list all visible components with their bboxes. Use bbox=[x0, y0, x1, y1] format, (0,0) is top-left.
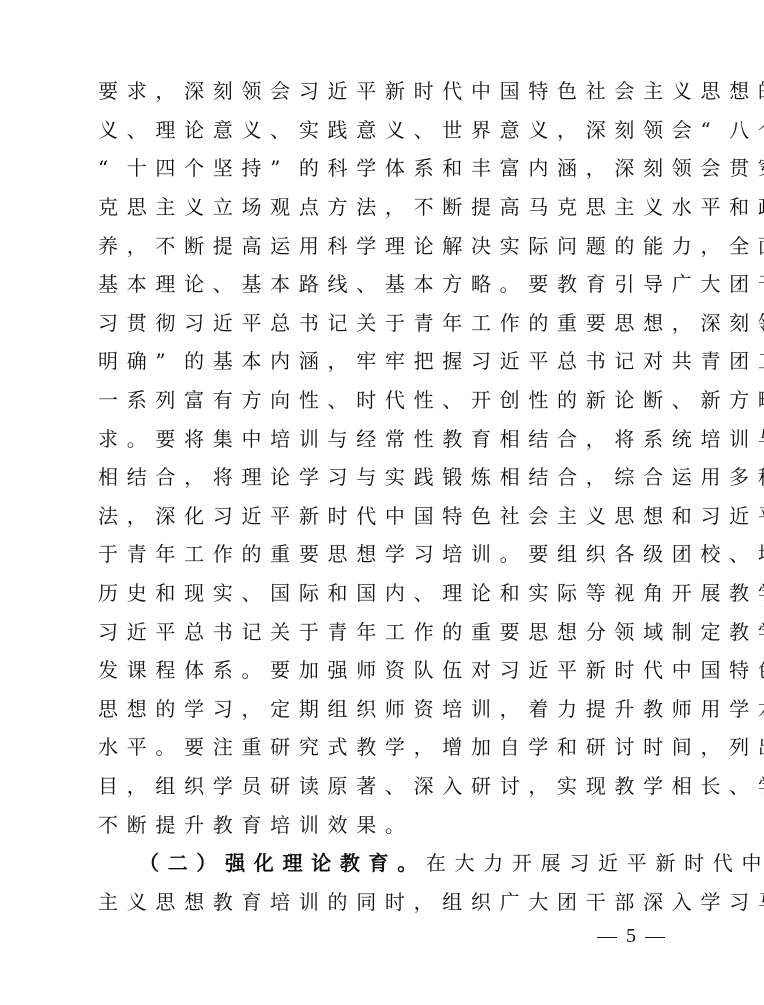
text-line: 一系列富有方向性、时代性、开创性的新论断、新方略、新要 bbox=[98, 381, 678, 420]
line-text: 养，不断提高运用科学理论解决实际问题的能力，全面贯彻党的 bbox=[98, 232, 764, 260]
page-number: — 5 — bbox=[597, 924, 667, 948]
section-heading-line: （二）强化理论教育。在大力开展习近平新时代中国特色社会 bbox=[98, 844, 678, 883]
line-text: “十四个坚持”的科学体系和丰富内涵，深刻领会贯穿其中的马 bbox=[98, 154, 764, 182]
text-line: 发课程体系。要加强师资队伍对习近平新时代中国特色社会主义 bbox=[98, 651, 678, 690]
text-line: 思想的学习，定期组织师资培训，着力提升教师用学术讲政治的 bbox=[98, 690, 678, 729]
text-line: 于青年工作的重要思想学习培训。要组织各级团校、培训基地从 bbox=[98, 535, 678, 574]
text-line: 基本理论、基本路线、基本方略。要教育引导广大团干部深入学 bbox=[98, 265, 678, 304]
line-text: 一系列富有方向性、时代性、开创性的新论断、新方略、新要 bbox=[98, 386, 764, 414]
section-heading: （二）强化理论教育。 bbox=[139, 849, 426, 877]
text-line: 法，深化习近平新时代中国特色社会主义思想和习近平总书记关 bbox=[98, 497, 678, 536]
line-text: 水平。要注重研究式教学，增加自学和研讨时间，列出自学书 bbox=[98, 733, 764, 761]
text-line: 养，不断提高运用科学理论解决实际问题的能力，全面贯彻党的 bbox=[98, 226, 678, 265]
text-line: 历史和现实、国际和国内、理论和实际等视角开展教学研究，对 bbox=[98, 574, 678, 613]
line-text: 法，深化习近平新时代中国特色社会主义思想和习近平总书记关 bbox=[98, 502, 764, 530]
line-text: 要求，深刻领会习近平新时代中国特色社会主义思想的时代意 bbox=[98, 77, 764, 105]
text-line: 习贯彻习近平总书记关于青年工作的重要思想，深刻领会“七个 bbox=[98, 304, 678, 343]
text-line: 目，组织学员研读原著、深入研讨，实现教学相长、学学相长， bbox=[98, 767, 678, 806]
line-text: 不断提升教育培训效果。 bbox=[98, 811, 414, 839]
text-line: 水平。要注重研究式教学，增加自学和研讨时间，列出自学书 bbox=[98, 728, 678, 767]
line-text: 习贯彻习近平总书记关于青年工作的重要思想，深刻领会“七个 bbox=[98, 309, 764, 337]
text-line: 相结合，将理论学习与实践锻炼相结合，综合运用多种方式方 bbox=[98, 458, 678, 497]
body-text: 要求，深刻领会习近平新时代中国特色社会主义思想的时代意义、理论意义、实践意义、世… bbox=[98, 72, 678, 921]
line-text: 历史和现实、国际和国内、理论和实际等视角开展教学研究，对 bbox=[98, 579, 764, 607]
line-text: 克思主义立场观点方法，不断提高马克思主义水平和政治理论素 bbox=[98, 193, 764, 221]
line-text: 明确”的基本内涵，牢牢把握习近平总书记对共青团工作提出的 bbox=[98, 347, 764, 375]
text-line: 习近平总书记关于青年工作的重要思想分领域制定教学大纲，开 bbox=[98, 612, 678, 651]
line-text: 思想的学习，定期组织师资培训，着力提升教师用学术讲政治的 bbox=[98, 695, 764, 723]
line-text: 习近平总书记关于青年工作的重要思想分领域制定教学大纲，开 bbox=[98, 618, 764, 646]
line-text: 发课程体系。要加强师资队伍对习近平新时代中国特色社会主义 bbox=[98, 656, 764, 684]
line-text: 基本理论、基本路线、基本方略。要教育引导广大团干部深入学 bbox=[98, 270, 764, 298]
text-line: 义、理论意义、实践意义、世界意义，深刻领会“八个明确”、 bbox=[98, 111, 678, 150]
line-text: 于青年工作的重要思想学习培训。要组织各级团校、培训基地从 bbox=[98, 540, 764, 568]
text-line: 不断提升教育培训效果。 bbox=[98, 805, 678, 844]
line-text: 相结合，将理论学习与实践锻炼相结合，综合运用多种方式方 bbox=[98, 463, 764, 491]
line-text: 义、理论意义、实践意义、世界意义，深刻领会“八个明确”、 bbox=[98, 116, 764, 144]
text-line: 主义思想教育培训的同时，组织广大团干部深入学习马克思列宁主 bbox=[98, 882, 678, 921]
text-line: 克思主义立场观点方法，不断提高马克思主义水平和政治理论素 bbox=[98, 188, 678, 227]
text-line: “十四个坚持”的科学体系和丰富内涵，深刻领会贯穿其中的马 bbox=[98, 149, 678, 188]
document-page: 要求，深刻领会习近平新时代中国特色社会主义思想的时代意义、理论意义、实践意义、世… bbox=[0, 0, 764, 1005]
line-text: 求。要将集中培训与经常性教育相结合，将系统培训与专题培训 bbox=[98, 425, 764, 453]
text-line: 要求，深刻领会习近平新时代中国特色社会主义思想的时代意 bbox=[98, 72, 678, 111]
line-text: 主义思想教育培训的同时，组织广大团干部深入学习马克思列宁主 bbox=[98, 888, 764, 916]
text-line: 求。要将集中培训与经常性教育相结合，将系统培训与专题培训 bbox=[98, 419, 678, 458]
line-text: 目，组织学员研读原著、深入研讨，实现教学相长、学学相长， bbox=[98, 772, 764, 800]
text-line: 明确”的基本内涵，牢牢把握习近平总书记对共青团工作提出的 bbox=[98, 342, 678, 381]
line-text: 在大力开展习近平新时代中国特色社会 bbox=[426, 849, 764, 877]
